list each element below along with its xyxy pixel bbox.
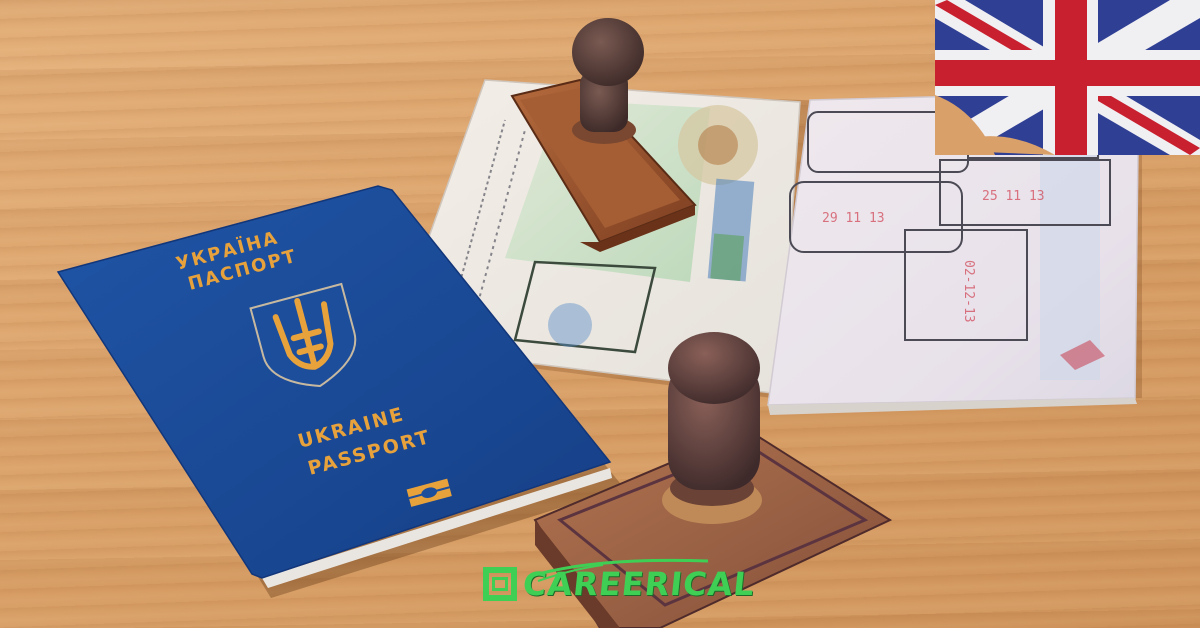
logo-square-icon (483, 567, 517, 601)
photo-scene: 29 11 13 25 11 13 02-12-13 (0, 0, 1200, 628)
uk-flag (935, 0, 1200, 155)
careerical-logo: CAREERICAL (483, 565, 755, 603)
logo-swoosh-icon (523, 555, 713, 585)
